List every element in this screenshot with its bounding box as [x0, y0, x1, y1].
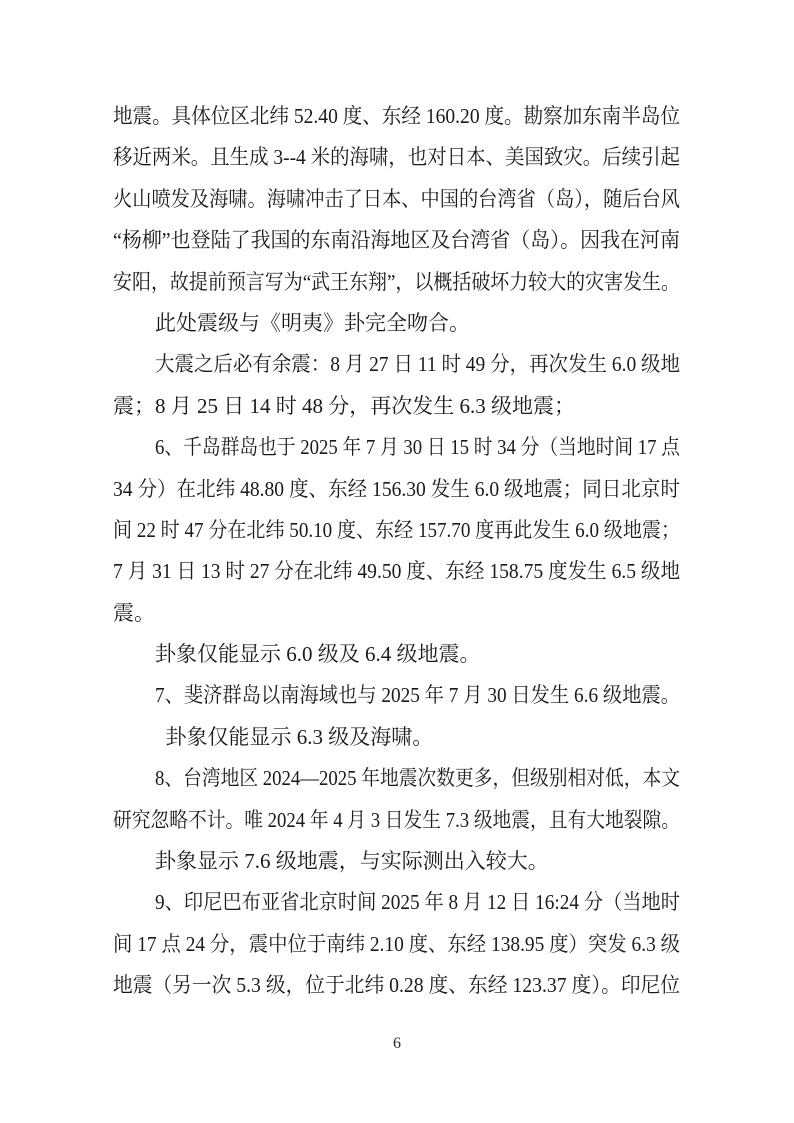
- text-line-content: 卦象显示 7.6 级地震，与实际测出入较大。: [155, 841, 549, 882]
- text-line-content: 火山喷发及海啸。海啸冲击了日本、中国的台湾省（岛），随后台风: [113, 179, 680, 220]
- text-line: 7 月 31 日 13 时 27 分在北纬 49.50 度、东经 158.75 …: [113, 551, 680, 592]
- text-line-content: 震；8 月 25 日 14 时 48 分，再次发生 6.3 级地震；: [113, 386, 575, 427]
- text-line: 间 22 时 47 分在北纬 50.10 度、东经 157.70 度再此发生 6…: [113, 510, 680, 551]
- text-line: 地震（另一次 5.3 级，位于北纬 0.28 度、东经 123.37 度）。印尼…: [113, 965, 680, 1006]
- text-line: 此处震级与《明夷》卦完全吻合。: [113, 303, 722, 344]
- text-line: 9、印尼巴布亚省北京时间 2025 年 8 月 12 日 16:24 分（当地时: [113, 882, 722, 923]
- text-line-content: 间 22 时 47 分在北纬 50.10 度、东经 157.70 度再此发生 6…: [113, 510, 680, 551]
- text-line: 火山喷发及海啸。海啸冲击了日本、中国的台湾省（岛），随后台风: [113, 179, 680, 220]
- text-line: 6、千岛群岛也于 2025 年 7 月 30 日 15 时 34 分（当地时间 …: [113, 427, 722, 468]
- text-line-content: 8、台湾地区 2024—2025 年地震次数更多，但级别相对低，本文: [155, 758, 680, 799]
- text-line: 震；8 月 25 日 14 时 48 分，再次发生 6.3 级地震；: [113, 386, 680, 427]
- text-line: 卦象显示 7.6 级地震，与实际测出入较大。: [113, 841, 722, 882]
- page-number: 6: [393, 1035, 401, 1052]
- text-line-content: 研究忽略不计。唯 2024 年 4 月 3 日发生 7.3 级地震，且有大地裂隙…: [113, 800, 680, 841]
- text-line-content: 震。: [113, 593, 155, 634]
- page-text: 地震。具体位区北纬 52.40 度、东经 160.20 度。勘察加东南半岛位移近…: [113, 96, 680, 1007]
- text-line-content: 34 分）在北纬 48.80 度、东经 156.30 发生 6.0 级地震；同日…: [113, 469, 680, 510]
- text-line: 8、台湾地区 2024—2025 年地震次数更多，但级别相对低，本文: [113, 758, 722, 799]
- text-line-content: 移近两米。且生成 3--4 米的海啸，也对日本、美国致灾。后续引起: [113, 137, 680, 178]
- text-line-content: 卦象仅能显示 6.3 级及海啸。: [166, 717, 434, 758]
- text-line: 7、斐济群岛以南海域也与 2025 年 7 月 30 日发生 6.6 级地震。: [113, 675, 722, 716]
- text-line-content: “杨柳”也登陆了我国的东南沿海地区及台湾省（岛）。因我在河南: [113, 220, 680, 261]
- text-line: 卦象仅能显示 6.3 级及海啸。: [113, 717, 733, 758]
- text-line-content: 卦象仅能显示 6.0 级及 6.4 级地震。: [155, 634, 481, 675]
- text-line: 移近两米。且生成 3--4 米的海啸，也对日本、美国致灾。后续引起: [113, 137, 680, 178]
- text-line-content: 安阳，故提前预言写为“武王东翔”，以概括破坏力较大的灾害发生。: [113, 262, 680, 303]
- text-line: 卦象仅能显示 6.0 级及 6.4 级地震。: [113, 634, 722, 675]
- text-line-content: 6、千岛群岛也于 2025 年 7 月 30 日 15 时 34 分（当地时间 …: [155, 427, 680, 468]
- text-line: “杨柳”也登陆了我国的东南沿海地区及台湾省（岛）。因我在河南: [113, 220, 680, 261]
- text-line-content: 此处震级与《明夷》卦完全吻合。: [155, 303, 470, 344]
- text-line-content: 7、斐济群岛以南海域也与 2025 年 7 月 30 日发生 6.6 级地震。: [155, 675, 680, 716]
- text-line-content: 大震之后必有余震：8 月 27 日 11 时 49 分，再次发生 6.0 级地: [155, 344, 680, 385]
- text-line: 间 17 点 24 分，震中位于南纬 2.10 度、东经 138.95 度）突发…: [113, 924, 680, 965]
- text-line-content: 9、印尼巴布亚省北京时间 2025 年 8 月 12 日 16:24 分（当地时: [155, 882, 680, 923]
- text-line-content: 间 17 点 24 分，震中位于南纬 2.10 度、东经 138.95 度）突发…: [113, 924, 680, 965]
- text-line-content: 7 月 31 日 13 时 27 分在北纬 49.50 度、东经 158.75 …: [113, 551, 680, 592]
- text-line: 安阳，故提前预言写为“武王东翔”，以概括破坏力较大的灾害发生。: [113, 262, 680, 303]
- document-page: 地震。具体位区北纬 52.40 度、东经 160.20 度。勘察加东南半岛位移近…: [0, 0, 794, 1123]
- text-line-content: 地震（另一次 5.3 级，位于北纬 0.28 度、东经 123.37 度）。印尼…: [113, 965, 680, 1006]
- page-footer: 6: [0, 1032, 794, 1056]
- text-line: 34 分）在北纬 48.80 度、东经 156.30 发生 6.0 级地震；同日…: [113, 469, 680, 510]
- text-line: 地震。具体位区北纬 52.40 度、东经 160.20 度。勘察加东南半岛位: [113, 96, 680, 137]
- text-line: 震。: [113, 593, 680, 634]
- text-line: 大震之后必有余震：8 月 27 日 11 时 49 分，再次发生 6.0 级地: [113, 344, 722, 385]
- text-line-content: 地震。具体位区北纬 52.40 度、东经 160.20 度。勘察加东南半岛位: [113, 96, 680, 137]
- text-line: 研究忽略不计。唯 2024 年 4 月 3 日发生 7.3 级地震，且有大地裂隙…: [113, 800, 680, 841]
